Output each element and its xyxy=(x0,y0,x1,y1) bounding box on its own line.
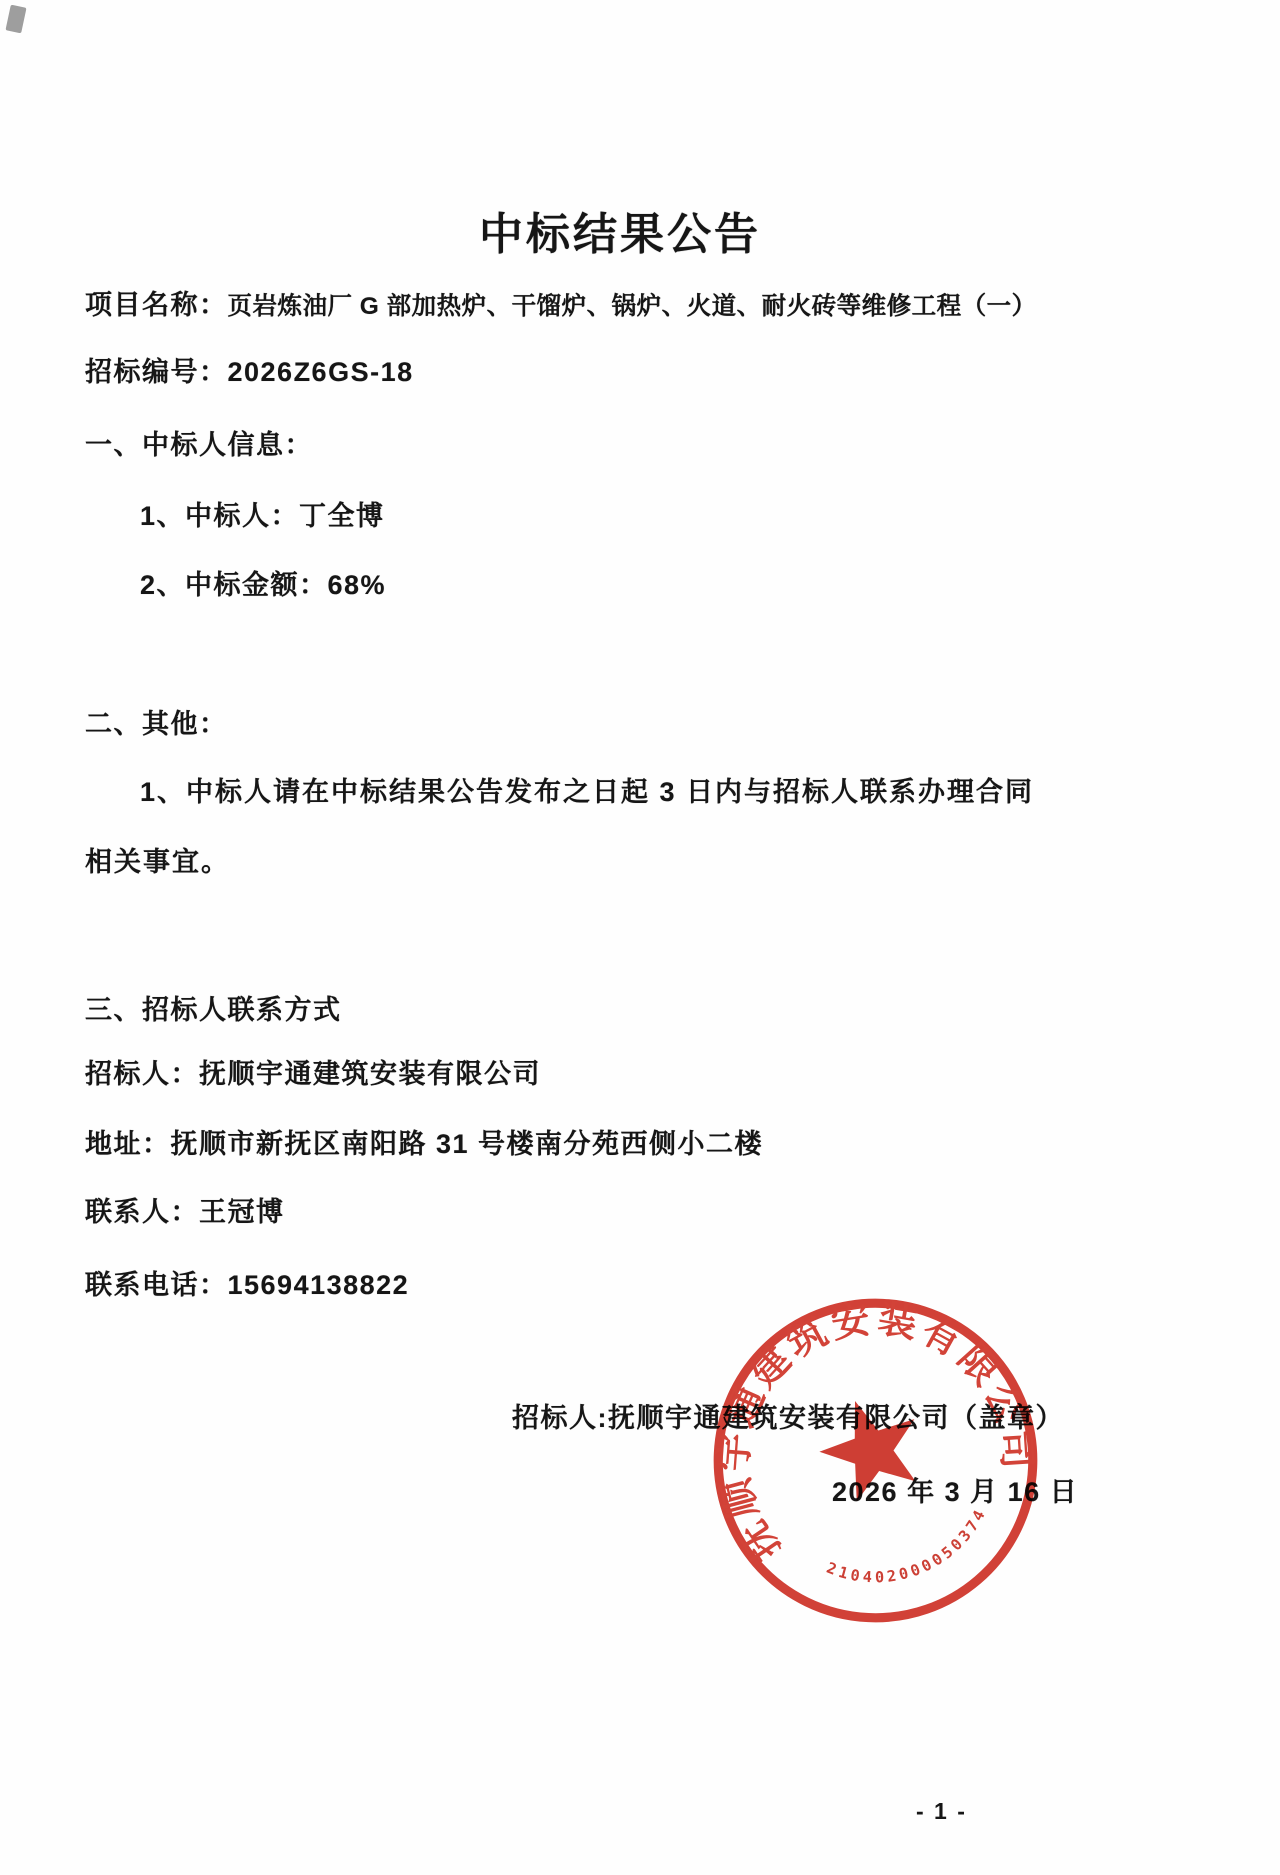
document-title: 中标结果公告 xyxy=(0,198,1240,262)
tenderer-label: 招标人： xyxy=(85,1059,199,1089)
section-contact-heading: 三、招标人联系方式 xyxy=(85,988,342,1027)
phone-label: 联系电话： xyxy=(85,1270,228,1300)
contact-person-label: 联系人： xyxy=(85,1197,199,1227)
section-other-heading: 二、其他： xyxy=(85,702,228,741)
other-paragraph-line2: 相关事宜。 xyxy=(85,840,230,879)
address-value: 抚顺市新抚区南阳路 31 号楼南分苑西侧小二楼 xyxy=(171,1129,764,1159)
stamp-serial-text: 210402000050374 xyxy=(818,1500,1003,1607)
document-page: 中标结果公告 项目名称：页岩炼油厂 G 部加热炉、干馏炉、锅炉、火道、耐火砖等维… xyxy=(0,0,1280,1875)
company-seal-stamp: 抚顺宇通建筑安装有限公司 210402000050374 xyxy=(656,1241,1095,1680)
tender-number-line: 招标编号：2026Z6GS-18 xyxy=(85,350,414,389)
stamp-star-icon xyxy=(808,1385,934,1508)
project-name-line: 项目名称：页岩炼油厂 G 部加热炉、干馏炉、锅炉、火道、耐火砖等维修工程（一） xyxy=(85,283,1037,322)
section-winner-heading: 一、中标人信息： xyxy=(85,423,313,462)
tenderer-value: 抚顺宇通建筑安装有限公司 xyxy=(199,1059,541,1089)
phone-line: 联系电话：15694138822 xyxy=(85,1263,409,1302)
project-name-label: 项目名称： xyxy=(85,290,228,320)
address-line: 地址：抚顺市新抚区南阳路 31 号楼南分苑西侧小二楼 xyxy=(85,1122,763,1161)
tender-number-label: 招标编号： xyxy=(85,357,228,387)
project-name-value: 页岩炼油厂 G 部加热炉、干馏炉、锅炉、火道、耐火砖等维修工程（一） xyxy=(228,293,1037,320)
contact-person-value: 王冠博 xyxy=(199,1197,285,1227)
contact-person-line: 联系人：王冠博 xyxy=(85,1190,285,1229)
winner-name-item: 1、中标人：丁全博 xyxy=(140,494,385,533)
tenderer-line: 招标人：抚顺宇通建筑安装有限公司 xyxy=(85,1052,541,1091)
address-label: 地址： xyxy=(85,1129,171,1159)
phone-value: 15694138822 xyxy=(228,1270,410,1300)
winner-amount-item: 2、中标金额：68% xyxy=(140,563,386,602)
page-number: - 1 - xyxy=(916,1798,967,1825)
scan-artifact xyxy=(5,5,26,34)
svg-text:210402000050374: 210402000050374 xyxy=(818,1500,1003,1607)
other-paragraph-line1: 1、中标人请在中标结果公告发布之日起 3 日内与招标人联系办理合同 xyxy=(140,770,1034,809)
tender-number-value: 2026Z6GS-18 xyxy=(228,357,414,387)
